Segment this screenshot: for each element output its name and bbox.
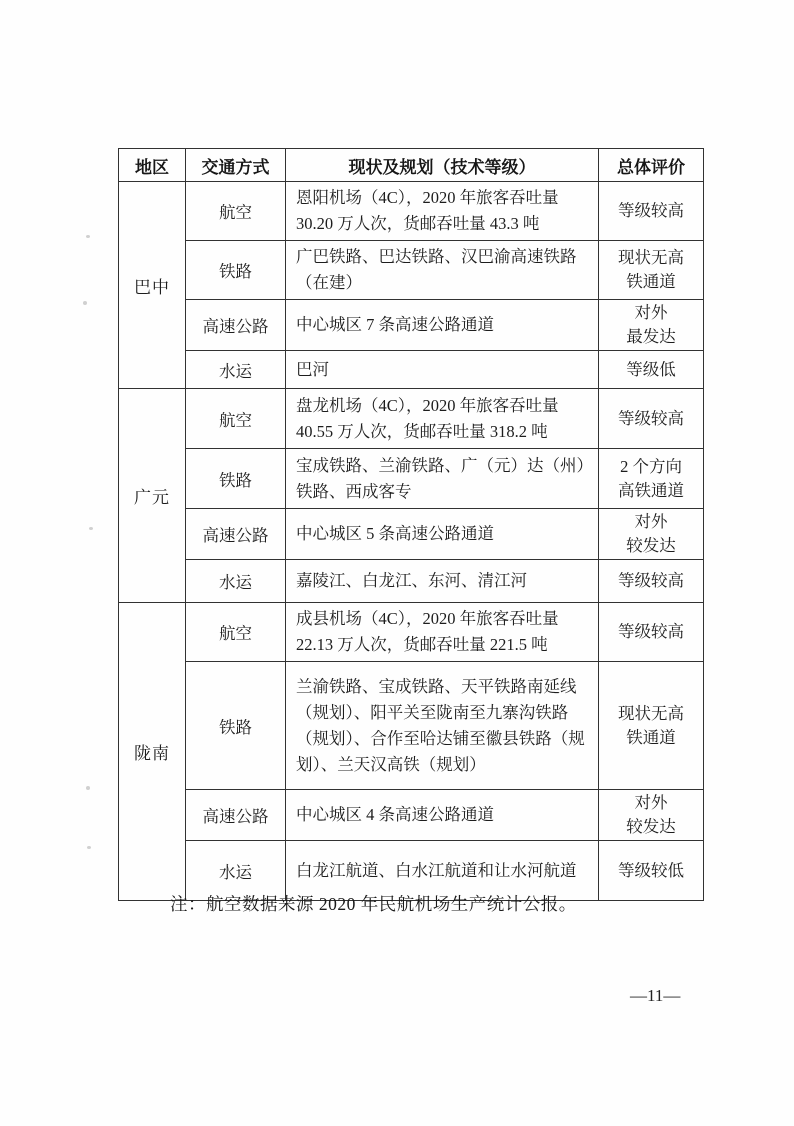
detail-cell: 恩阳机场（4C），2020 年旅客吞吐量 30.20 万人次，货邮吞吐量 43.… <box>286 182 599 241</box>
table-row: 铁路 广巴铁路、巴达铁路、汉巴渝高速铁路（在建） 现状无高 铁通道 <box>119 241 704 300</box>
evaluation-cell: 等级较高 <box>599 389 704 449</box>
region-cell-guangyuan: 广元 <box>119 389 186 603</box>
scan-speck <box>87 846 91 849</box>
table-row: 陇南 航空 成县机场（4C），2020 年旅客吞吐量 22.13 万人次，货邮吞… <box>119 603 704 662</box>
scan-speck <box>89 527 93 530</box>
page-number: —11— <box>630 986 680 1006</box>
table-row: 巴中 航空 恩阳机场（4C），2020 年旅客吞吐量 30.20 万人次，货邮吞… <box>119 182 704 241</box>
evaluation-cell: 2 个方向 高铁通道 <box>599 449 704 509</box>
evaluation-cell: 对外 较发达 <box>599 790 704 841</box>
scan-speck <box>83 301 87 305</box>
evaluation-cell: 等级较高 <box>599 603 704 662</box>
detail-cell: 中心城区 4 条高速公路通道 <box>286 790 599 841</box>
detail-cell: 中心城区 5 条高速公路通道 <box>286 509 599 560</box>
mode-cell: 铁路 <box>186 662 286 790</box>
evaluation-cell: 等级较低 <box>599 841 704 901</box>
table-row: 水运 嘉陵江、白龙江、东河、清江河 等级较高 <box>119 560 704 603</box>
table-row: 水运 巴河 等级低 <box>119 351 704 389</box>
table-header-row: 地区 交通方式 现状及规划（技术等级） 总体评价 <box>119 149 704 182</box>
transport-status-table: 地区 交通方式 现状及规划（技术等级） 总体评价 巴中 航空 恩阳机场（4C），… <box>118 148 704 901</box>
evaluation-cell: 现状无高 铁通道 <box>599 241 704 300</box>
detail-cell: 盘龙机场（4C），2020 年旅客吞吐量 40.55 万人次，货邮吞吐量 318… <box>286 389 599 449</box>
table-row: 高速公路 中心城区 4 条高速公路通道 对外 较发达 <box>119 790 704 841</box>
table-row: 高速公路 中心城区 7 条高速公路通道 对外 最发达 <box>119 300 704 351</box>
evaluation-cell: 等级低 <box>599 351 704 389</box>
mode-cell: 航空 <box>186 182 286 241</box>
table-row: 高速公路 中心城区 5 条高速公路通道 对外 较发达 <box>119 509 704 560</box>
table-row: 铁路 兰渝铁路、宝成铁路、天平铁路南延线（规划）、阳平关至陇南至九寨沟铁路（规划… <box>119 662 704 790</box>
evaluation-cell: 等级较高 <box>599 560 704 603</box>
col-header-overall-evaluation: 总体评价 <box>599 149 704 182</box>
mode-cell: 高速公路 <box>186 509 286 560</box>
scan-speck <box>86 786 90 790</box>
region-cell-longnan: 陇南 <box>119 603 186 901</box>
mode-cell: 航空 <box>186 389 286 449</box>
detail-cell: 中心城区 7 条高速公路通道 <box>286 300 599 351</box>
col-header-status-planning: 现状及规划（技术等级） <box>286 149 599 182</box>
evaluation-cell: 现状无高 铁通道 <box>599 662 704 790</box>
mode-cell: 水运 <box>186 351 286 389</box>
document-page: 地区 交通方式 现状及规划（技术等级） 总体评价 巴中 航空 恩阳机场（4C），… <box>0 0 794 1126</box>
mode-cell: 高速公路 <box>186 300 286 351</box>
col-header-region: 地区 <box>119 149 186 182</box>
scan-speck <box>86 235 90 238</box>
detail-cell: 巴河 <box>286 351 599 389</box>
detail-cell: 嘉陵江、白龙江、东河、清江河 <box>286 560 599 603</box>
mode-cell: 铁路 <box>186 241 286 300</box>
evaluation-cell: 等级较高 <box>599 182 704 241</box>
mode-cell: 水运 <box>186 560 286 603</box>
detail-cell: 成县机场（4C），2020 年旅客吞吐量 22.13 万人次，货邮吞吐量 221… <box>286 603 599 662</box>
table-row: 广元 航空 盘龙机场（4C），2020 年旅客吞吐量 40.55 万人次，货邮吞… <box>119 389 704 449</box>
evaluation-cell: 对外 较发达 <box>599 509 704 560</box>
mode-cell: 铁路 <box>186 449 286 509</box>
table-footnote: 注：航空数据来源 2020 年民航机场生产统计公报。 <box>170 891 577 916</box>
region-cell-bazhong: 巴中 <box>119 182 186 389</box>
mode-cell: 航空 <box>186 603 286 662</box>
table-row: 铁路 宝成铁路、兰渝铁路、广（元）达（州）铁路、西成客专 2 个方向 高铁通道 <box>119 449 704 509</box>
detail-cell: 兰渝铁路、宝成铁路、天平铁路南延线（规划）、阳平关至陇南至九寨沟铁路（规划）、合… <box>286 662 599 790</box>
col-header-transport-mode: 交通方式 <box>186 149 286 182</box>
detail-cell: 广巴铁路、巴达铁路、汉巴渝高速铁路（在建） <box>286 241 599 300</box>
evaluation-cell: 对外 最发达 <box>599 300 704 351</box>
detail-cell: 宝成铁路、兰渝铁路、广（元）达（州）铁路、西成客专 <box>286 449 599 509</box>
mode-cell: 高速公路 <box>186 790 286 841</box>
